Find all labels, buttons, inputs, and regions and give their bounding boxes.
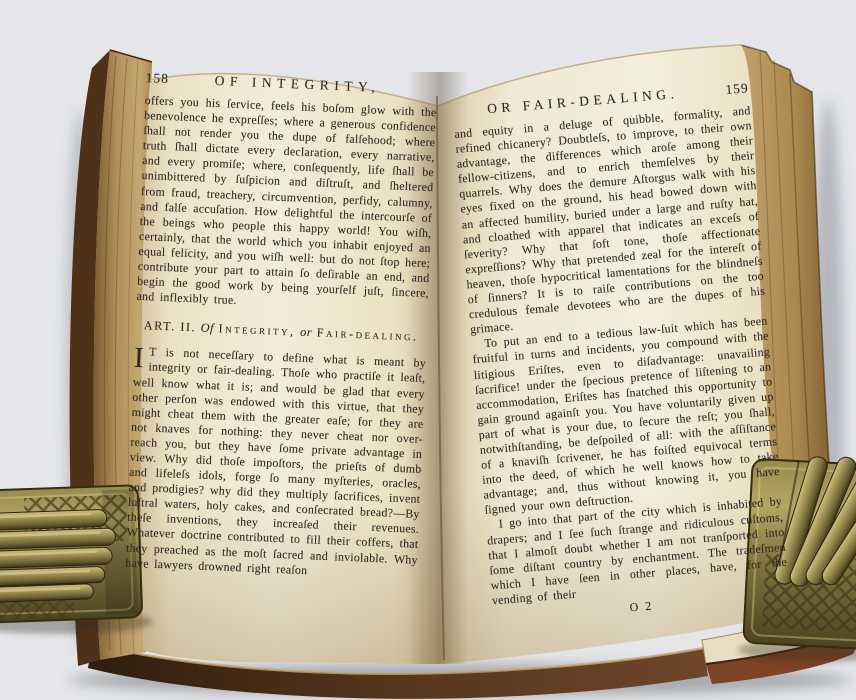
right-page: OR FAIR-DEALING. 159 and equity in a del… — [452, 80, 790, 626]
left-page: 158 OF INTEGRITY, offers you his ſervice… — [125, 70, 438, 583]
book-photograph: 158 OF INTEGRITY, offers you his ſervice… — [0, 0, 856, 700]
left-continuation-paragraph: offers you his ſervice, feels his boſom … — [136, 93, 437, 316]
section-subject: Integrity, — [218, 322, 296, 339]
right-page-number: 159 — [712, 80, 749, 99]
section-article-label: ART. II. — [143, 318, 196, 334]
left-article-text: T is not neceſſary to define what is mea… — [125, 345, 426, 577]
section-of: Of — [200, 321, 214, 336]
right-paragraph-2: To put an end to a tedious law-ſuit whic… — [471, 314, 782, 518]
section-subject2: Fair-dealing. — [316, 326, 418, 344]
brass-clasp-left — [0, 485, 142, 623]
drop-cap: I — [133, 344, 149, 371]
left-page-number: 158 — [145, 70, 182, 87]
section-or: or — [300, 325, 313, 339]
right-paragraph-1: and equity in a deluge of quibble, forma… — [454, 103, 767, 337]
section-heading: ART. II. Of Integrity, or Fair-dealing. — [135, 318, 427, 345]
left-article-paragraph: IT is not neceſſary to define what is me… — [125, 344, 426, 582]
